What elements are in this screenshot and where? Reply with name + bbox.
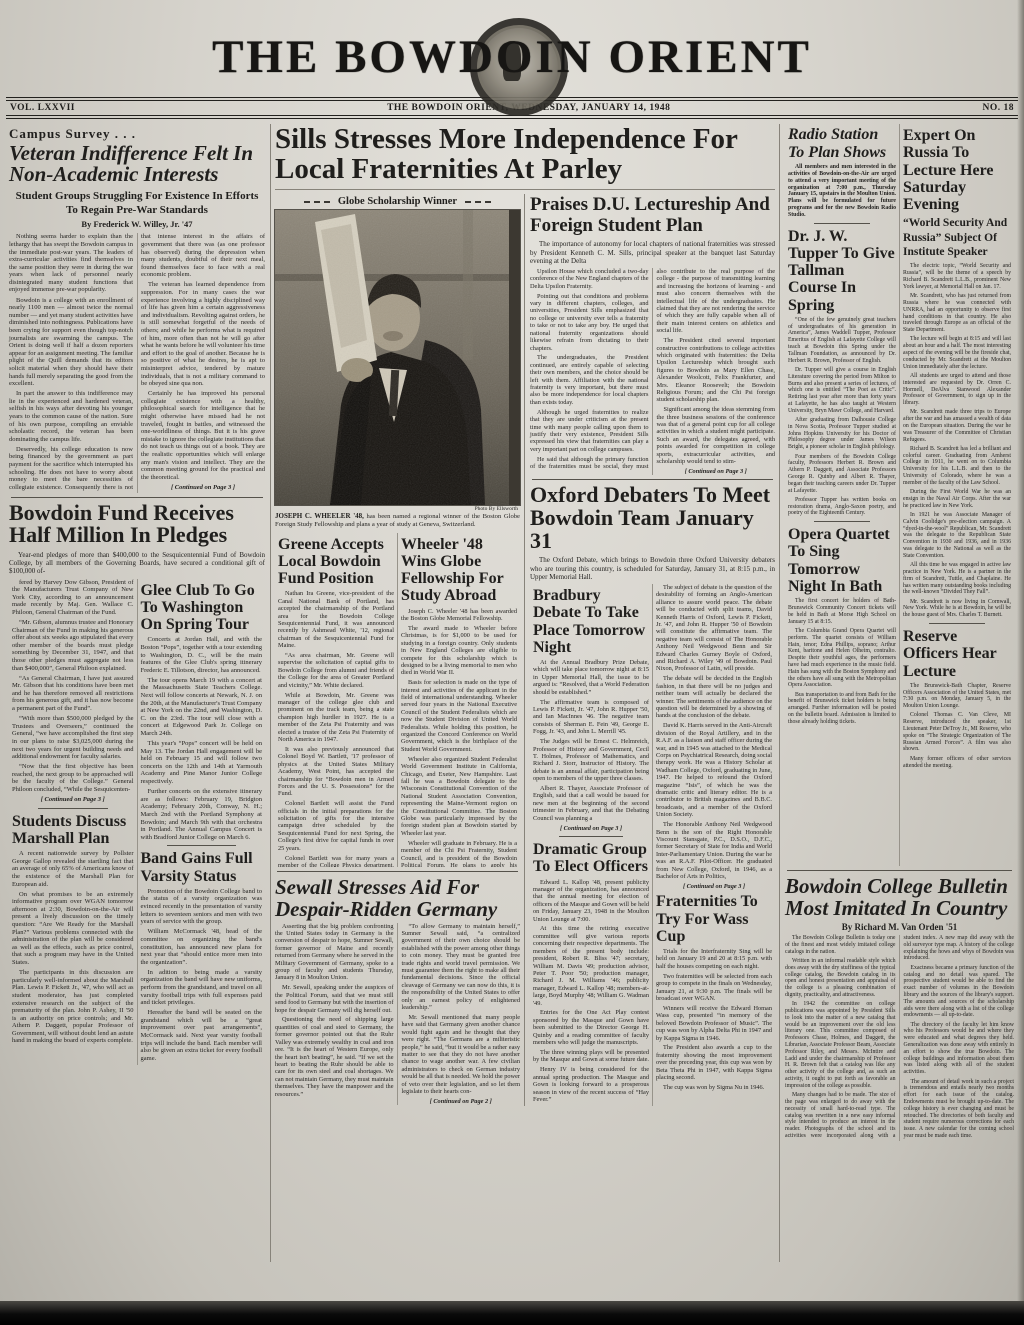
paragraph: The amount of detail work in such a proj… [904, 1079, 1015, 1140]
photo-label-row: Globe Scholarship Winner [275, 196, 520, 207]
paragraph: The Judges will be Ernest C. Helmreich, … [533, 738, 649, 782]
subhead-veteran: Student Groups Struggling For Existence … [13, 190, 261, 218]
paragraph: The directory of the faculty let him kno… [904, 1022, 1015, 1076]
headline-veteran-indifference: Veteran Indifference Felt In Non-Academi… [9, 143, 265, 186]
paragraph: Certainly he has improved his personal c… [141, 390, 265, 481]
paragraph: fered by Harvey Dow Gibson, President of… [12, 579, 134, 617]
headline-opera-quartet: Opera Quartet To Sing Tomorrow Night In … [788, 526, 896, 595]
photo-globe-scholarship-winner: Globe Scholarship Winner [275, 196, 520, 528]
paragraph: It was also previously announced that Co… [278, 746, 394, 798]
article-body: Nothing seems harder to explain than the… [9, 233, 265, 492]
paragraph: After graduating from Dalhousie College … [788, 417, 896, 451]
headline-band-varsity: Band Gains Full Varsity Status [141, 850, 263, 885]
headline-marshall-plan: Students Discuss Marshall Plan [12, 813, 134, 848]
paragraph: Questioning the need of shipping large q… [275, 1016, 394, 1097]
paragraph: Wheeler also organized Student Federalis… [401, 756, 517, 837]
paragraph: “Mr. Gibson, alumnus trustee and Honorar… [12, 619, 134, 672]
paragraph: Professor Tupper has written books on re… [788, 497, 896, 517]
paragraph: Mr. Scandrett is now living in Cornwall,… [903, 599, 1011, 619]
paragraph: [ Continued on Page 3 ] [141, 484, 265, 492]
paragraph: Exactness became a primary function of t… [904, 965, 1015, 1019]
paragraph: Mr. Sewall mentioned that many people ha… [402, 1014, 521, 1095]
paragraph: The undergraduates, the President contin… [530, 354, 649, 406]
paragraph: Promotion of the Bowdoin College band to… [141, 888, 263, 926]
paragraph: Albert R. Thayer, Associate Professor of… [533, 785, 649, 822]
paragraph: Winners will receive the Edward Homan Wa… [656, 1005, 772, 1042]
paragraph: [ Continued on Page 3 ] [656, 883, 772, 890]
paragraph: Wheeler will graduate in February. He is… [401, 840, 517, 867]
paragraph: The cup was won by Sigma Nu in 1946. [656, 1084, 772, 1091]
byline-van-orden: By Richard M. Van Orden '51 [785, 922, 1014, 932]
paragraph: “One of the few genuinely great teachers… [788, 317, 896, 365]
paragraph: Bowdoin is a college with an enrollment … [9, 297, 133, 388]
paragraph: “Now that the first objective has been r… [12, 763, 134, 793]
paragraph: Many former officers of other services a… [903, 756, 1011, 770]
article-body: Upsilon House which concluded a two-day … [530, 268, 775, 475]
paragraph: [ Continued on Page 3 ] [657, 468, 776, 475]
paragraph: The Columbia Grand Opera Quartet will pe… [788, 628, 896, 689]
newspaper-front-page: THE BOWDOIN ORIENT VOL. LXXVII THE BOWDO… [0, 0, 1024, 1325]
photo-wheeler-portrait [275, 210, 520, 505]
paragraph: The subject of debate is the question of… [656, 584, 772, 673]
paragraph: William McCormack '48, head of the commi… [141, 928, 263, 966]
article-bowdoin-fund: Bowdoin Fund Receives Half Million In Pl… [9, 502, 265, 1065]
kicker-campus-survey: Campus Survey . . . [9, 126, 265, 142]
paragraph: The first concert for holders of Bath-Br… [788, 598, 896, 625]
subcolumn: Glee Club To Go To Washington On Spring … [138, 579, 266, 1065]
headline-wass-cup: Fraternities To Try For Wass Cup [656, 893, 772, 945]
two-column-flow: Radio Station To Plan Shows All members … [785, 124, 1014, 866]
headline-radio-station: Radio Station To Plan Shows [788, 126, 896, 161]
article-body: Edward L. Kallop '48, present publicity … [533, 879, 649, 1104]
paragraph: Nothing seems harder to explain than the… [9, 233, 133, 294]
paragraph: The award made to Wheeler before Christm… [401, 625, 517, 677]
headline-expert-on-russia: Expert On Russia To Lecture Here Saturda… [903, 127, 1011, 213]
article-body: Concerts at Jordan Hall, and with the Bo… [141, 636, 263, 841]
dash-ornament [304, 201, 330, 203]
article-body: fered by Harvey Dow Gibson, President of… [12, 579, 134, 804]
headline-glee-club: Glee Club To Go To Washington On Spring … [141, 582, 263, 634]
section-divider [787, 870, 1012, 871]
paragraph: Pointing out that conditions and problem… [530, 293, 649, 352]
volume-number: VOL. LXXVII [10, 103, 75, 113]
photo-caption: JOSEPH C. WHEELER '48, has been named a … [275, 513, 520, 528]
two-column-flow: Greene Accepts Local Bowdoin Fund Positi… [275, 533, 520, 867]
paragraph: “To allow Germany to maintain herself,” … [402, 923, 521, 1012]
section-divider [814, 521, 870, 522]
headline-reserve-officers: Reserve Officers Hear Lecture [903, 628, 1011, 680]
center-columns: Globe Scholarship Winner [275, 194, 775, 1106]
paragraph: “As General Chairman, I have just assure… [12, 675, 134, 713]
paragraph: Colonel Bartlett was for many years a me… [278, 855, 394, 867]
article-veteran-indifference: Campus Survey . . . Veteran Indifference… [9, 126, 265, 493]
subcolumn: Bradbury Debate To Take Place Tomorrow N… [530, 584, 653, 1106]
paragraph: “As area chairman, Mr. Greene will super… [278, 652, 394, 689]
column-left: Campus Survey . . . Veteran Indifference… [8, 124, 271, 1262]
article-lead: The importance of autonomy for local cha… [530, 240, 775, 265]
paragraph: The three winning plays will be presente… [533, 1049, 649, 1064]
article-body: Trials for the Interfraternity Sing will… [656, 948, 772, 1091]
content-columns: Campus Survey . . . Veteran Indifference… [0, 119, 1024, 1262]
paragraph: The electric topic, “World Security and … [903, 263, 1011, 290]
section-divider [38, 808, 108, 809]
section-divider [277, 871, 518, 872]
paragraph: On what promises to be an extremely info… [12, 891, 134, 967]
paragraph: In adition to being made a varsity organ… [141, 969, 263, 1007]
paragraph: Written in an informal readable style wh… [785, 958, 896, 999]
headline-college-bulletin: Bowdoin College Bulletin Most Imitated I… [785, 875, 1014, 919]
paragraph: [ Continued on Page 3 ] [533, 825, 649, 832]
dash-ornament [465, 201, 491, 203]
article-body: The electric topic, “World Security and … [903, 263, 1011, 619]
headline-bradbury-debate: Bradbury Debate To Take Place Tomorrow N… [533, 587, 649, 656]
paragraph: During the First World War he was an ens… [903, 489, 1011, 509]
paragraph: In 1942 the committee on college publica… [785, 1001, 896, 1089]
article-body: Joseph C. Wheeler '48 has been awarded t… [401, 608, 517, 867]
column-center-right: Praises D.U. Lectureship And Foreign Stu… [525, 194, 775, 1106]
paragraph: Upsilon House which concluded a two-day … [530, 268, 649, 290]
paragraph: Nathan Ira Greene, vice-president of the… [278, 590, 394, 649]
article-body: The Bowdoin College Bulletin is today on… [785, 935, 1014, 1141]
headline-dramatic-group: Dramatic Group To Elect Officers [533, 841, 649, 876]
paragraph: Richard B. Scandrett has led a brilliant… [903, 446, 1011, 487]
paragraph: The President also awards a cup to the f… [656, 1044, 772, 1081]
article-body: A recent nationwide survey by Pollster G… [12, 850, 134, 1045]
paragraph: Four members of the Bowdoin College facu… [788, 454, 896, 495]
paragraph: A recent nationwide survey by Pollster G… [12, 850, 134, 888]
paragraph: Mr. Scandrett made three trips to Europe… [903, 409, 1011, 443]
paragraph: Dr. Tupper will give a course in English… [788, 367, 896, 415]
section-divider [532, 479, 773, 480]
headline-sewall-germany: Sewall Stresses Aid For Despair-Ridden G… [275, 876, 520, 920]
paragraph: All members and men interested in the ac… [788, 164, 896, 218]
paragraph: All students are urged to attend and tho… [903, 373, 1011, 407]
article-praises-du: Praises D.U. Lectureship And Foreign Stu… [530, 195, 775, 475]
paragraph: The Honorable Anthony Neil Wedgwood Benn… [656, 821, 772, 880]
headline-sills-independence: Sills Stresses More Independence For Loc… [275, 124, 775, 190]
paragraph: “With more than $500,000 pledged by the … [12, 715, 134, 761]
paragraph: Edward L. Kallop '48, present publicity … [533, 879, 649, 923]
paragraph: Henry IV is being considered for the ann… [533, 1066, 649, 1103]
scan-right-edge [1017, 0, 1024, 1325]
column-center-left: Globe Scholarship Winner [275, 194, 525, 1106]
halftone-photo-illustration [275, 210, 509, 505]
two-column-flow: Bradbury Debate To Take Place Tomorrow N… [530, 584, 775, 1106]
paragraph: The President cited several important co… [657, 337, 776, 404]
paragraph: [ Continued on Page 3 ] [12, 796, 134, 804]
article-oxford-debaters: Oxford Debaters To Meet Bowdoin Team Jan… [530, 484, 775, 1105]
subcolumn: fered by Harvey Dow Gibson, President of… [9, 579, 138, 1065]
paragraph: The tour opens March 19 with a concert a… [141, 677, 263, 738]
newspaper-title: THE BOWDOIN ORIENT [0, 34, 1024, 81]
column-center-wrap: Sills Stresses More Independence For Loc… [271, 124, 780, 1262]
paragraph: Trials for the Interfraternity Sing will… [656, 948, 772, 970]
paragraph: David K. Harris served in the Anti-Aircr… [656, 722, 772, 818]
paragraph: Mr. Scandrett, who has just returned fro… [903, 293, 1011, 334]
paragraph: Colonel Thomas C. Van Cleve, MI Reserve,… [903, 712, 1011, 753]
paragraph: Bus transportation to and from Bath for … [788, 692, 896, 726]
masthead: THE BOWDOIN ORIENT VOL. LXXVII THE BOWDO… [0, 0, 1024, 119]
paragraph: At this time the retiring executive comm… [533, 925, 649, 1006]
paragraph: In 1921 he was Associate Manager of Calv… [903, 512, 1011, 560]
column-right: Radio Station To Plan Shows All members … [780, 124, 1016, 1262]
paragraph: Two fraternities will be selected from e… [656, 973, 772, 1003]
article-body: The Brunswick-Bath Chapter, Reserve Offi… [903, 683, 1011, 770]
section-divider [167, 845, 237, 846]
paragraph: Further concerts on the extensive itiner… [141, 788, 263, 841]
article-body: Asserting that the big problem confronti… [275, 923, 520, 1106]
paragraph: Although he urged fraternities to realiz… [530, 409, 649, 453]
paragraph: [ Continued on Page 2 ] [402, 1098, 521, 1105]
paragraph: Hereafter the band will be seated on the… [141, 1009, 263, 1062]
section-divider [814, 223, 870, 224]
headline-tupper-tallman: Dr. J. W. Tupper To Give Tallman Course … [788, 228, 896, 314]
article-body: All members and men interested in the ac… [788, 164, 896, 218]
paragraph: The Bowdoin College Bulletin is today on… [785, 935, 896, 955]
article-body: At the Annual Bradbury Prize Debate, whi… [533, 659, 649, 832]
paragraph: At the Annual Bradbury Prize Debate, whi… [533, 659, 649, 696]
subcolumn: Radio Station To Plan Shows All members … [785, 124, 900, 866]
article-body: The subject of debate is the question of… [656, 584, 772, 890]
paragraph: Joseph C. Wheeler '48 has been awarded t… [401, 608, 517, 623]
headline-oxford-debaters: Oxford Debaters To Meet Bowdoin Team Jan… [530, 484, 775, 552]
issue-number: NO. 18 [982, 103, 1014, 113]
paragraph: This year's “Pops” concert will be held … [141, 740, 263, 786]
photo-label: Globe Scholarship Winner [338, 196, 457, 207]
subcolumn: Greene Accepts Local Bowdoin Fund Positi… [275, 533, 398, 867]
paragraph: All this time he was engaged in active l… [903, 562, 1011, 596]
paragraph: Basis for selection is made on the type … [401, 679, 517, 753]
article-lead: Year-end pledges of more than $400,000 t… [9, 551, 265, 576]
article-body: Nathan Ira Greene, vice-president of the… [278, 590, 394, 866]
scan-bottom-edge [0, 1301, 1024, 1325]
paragraph: The affirmative team is composed of Lewi… [533, 699, 649, 736]
paragraph: The participants in this discussion are … [12, 969, 134, 1045]
paragraph: The veteran has learned dependence from … [141, 281, 265, 387]
two-column-flow: fered by Harvey Dow Gibson, President of… [9, 579, 265, 1065]
section-divider [11, 497, 263, 498]
subcolumn: Wheeler '48 Wins Globe Fellowship For St… [398, 533, 520, 867]
headline-greene-fund: Greene Accepts Local Bowdoin Fund Positi… [278, 536, 394, 588]
article-body: “One of the few genuinely great teachers… [788, 317, 896, 517]
article-college-bulletin: Bowdoin College Bulletin Most Imitated I… [785, 875, 1014, 1141]
subcolumn: The subject of debate is the question of… [653, 584, 775, 1106]
article-body: Promotion of the Bowdoin College band to… [141, 888, 263, 1063]
paragraph: Entries for the One Act Play contest spo… [533, 1009, 649, 1046]
subhead-world-security: “World Security And Russia” Subject Of I… [903, 216, 1011, 259]
paragraph: The Brunswick-Bath Chapter, Reserve Offi… [903, 683, 1011, 710]
byline-willey: By Frederick W. Willey, Jr. '47 [9, 219, 265, 229]
section-divider [929, 623, 985, 624]
headline-bowdoin-fund: Bowdoin Fund Receives Half Million In Pl… [9, 502, 265, 547]
headline-wheeler-fellowship: Wheeler '48 Wins Globe Fellowship For St… [401, 536, 517, 605]
paragraph: In part the answer to this indifference … [9, 390, 133, 443]
section-divider [559, 836, 623, 837]
headline-praises-du: Praises D.U. Lectureship And Foreign Stu… [530, 195, 775, 236]
paragraph: The debate will be decided in the Englis… [656, 675, 772, 719]
paragraph: Asserting that the big problem confronti… [275, 923, 394, 982]
article-sewall-germany: Sewall Stresses Aid For Despair-Ridden G… [275, 876, 520, 1106]
paragraph: Concerts at Jordan Hall, and with the Bo… [141, 636, 263, 674]
caption-lead-in: JOSEPH C. WHEELER '48, [275, 512, 364, 520]
paragraph: Significant among the ideas stemming fro… [657, 406, 776, 465]
article-lead: The Oxford Debate, which brings to Bowdo… [530, 556, 775, 581]
paragraph: While at Bowdoin, Mr. Greene was manager… [278, 692, 394, 744]
subcolumn: Expert On Russia To Lecture Here Saturda… [900, 124, 1014, 866]
paragraph: The lecture will begin at 8:15 and will … [903, 336, 1011, 370]
paragraph: Colonel Bartlett will assist the Fund of… [278, 800, 394, 852]
article-body: The first concert for holders of Bath-Br… [788, 598, 896, 725]
paragraph: Mr. Sewall, speaking under the auspices … [275, 984, 394, 1014]
